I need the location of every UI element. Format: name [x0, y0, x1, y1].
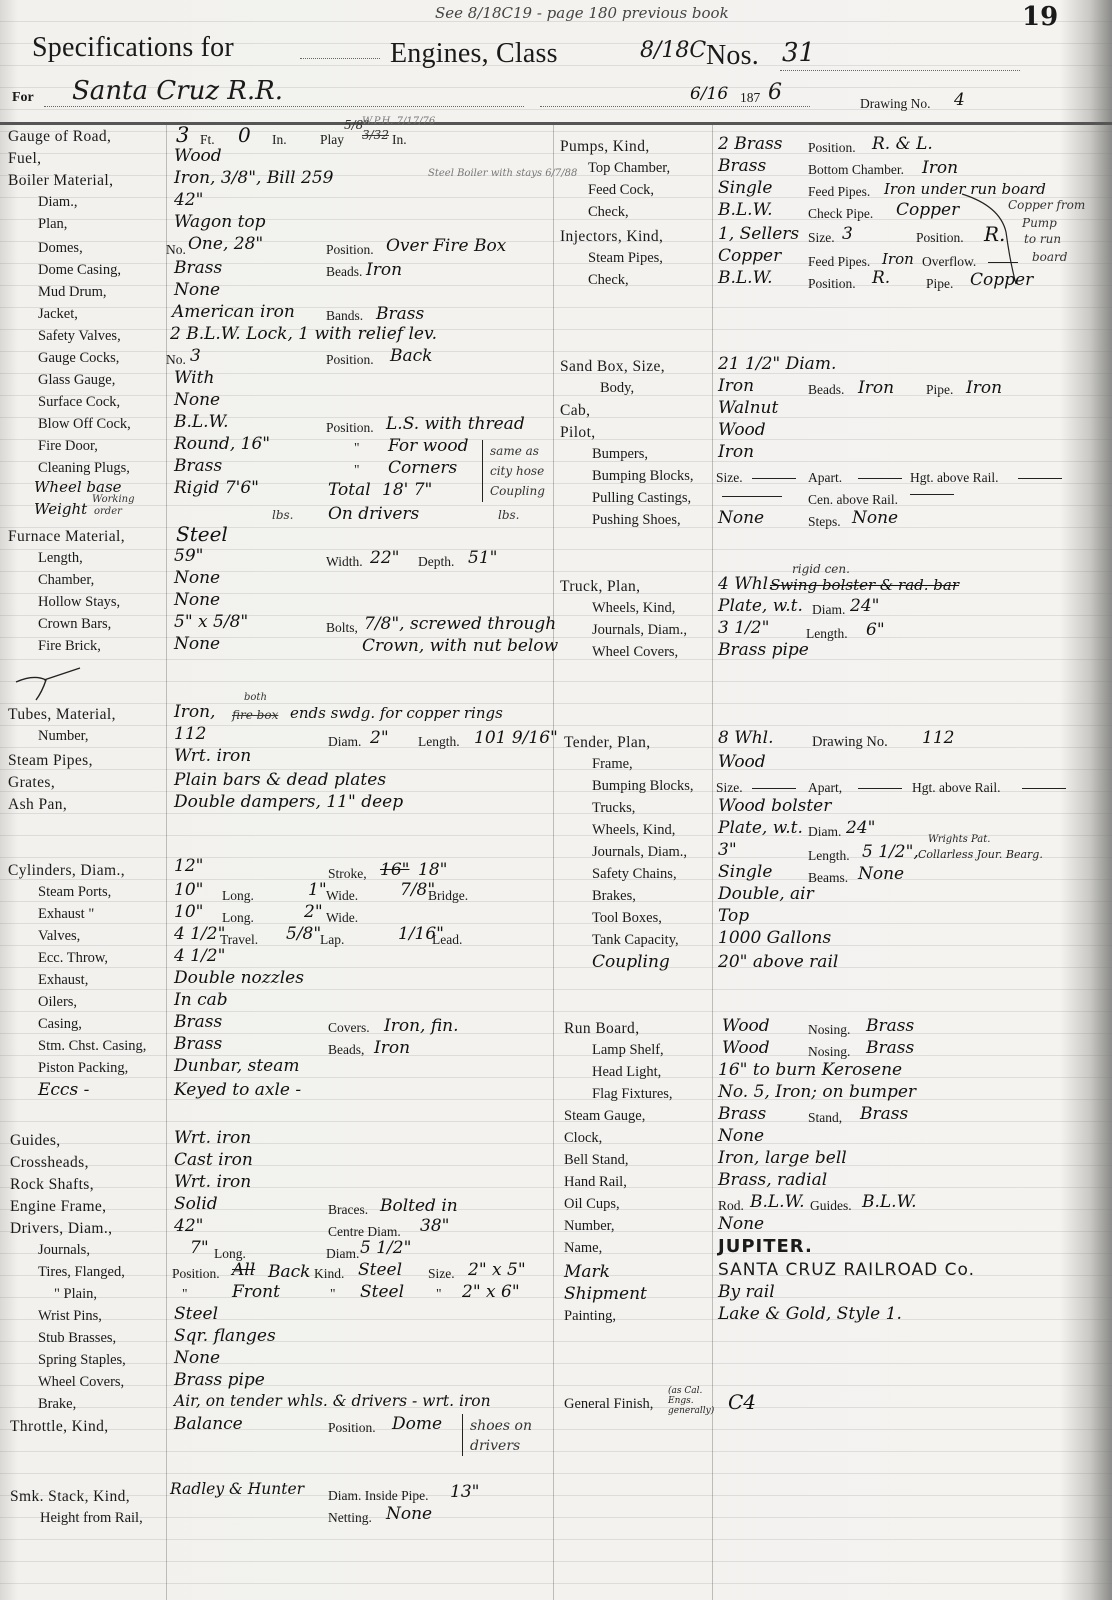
margin-note-line: board — [1032, 250, 1067, 264]
depth-label: Depth. — [418, 554, 454, 570]
value-furnace-material: Steel — [176, 522, 228, 546]
label-crossheads: Crossheads, — [10, 1154, 89, 1172]
value-pilot: Wood — [718, 420, 766, 440]
nosing-label: Nosing. — [808, 1044, 850, 1060]
value-general-finish: C4 — [728, 1390, 756, 1414]
value-trucks: Wood bolster — [718, 796, 831, 816]
gauge-in: 0 — [238, 123, 251, 147]
length-label: Length. — [806, 626, 848, 642]
fire-door-position-value: For wood — [388, 436, 469, 456]
value-truck-wheels: Plate, w.t. — [718, 596, 803, 616]
label-casing: Casing, — [38, 1016, 82, 1033]
value-brakes: Double, air — [718, 884, 814, 904]
play-label: Play — [320, 132, 344, 148]
drawing-label: Drawing No. — [860, 96, 931, 112]
value-rock-shafts: Wrt. iron — [174, 1172, 251, 1192]
value-clock: None — [718, 1126, 764, 1146]
pipe-label: Pipe. — [926, 382, 953, 398]
value-truck-journals: 3 1/2" — [718, 618, 769, 638]
rod-label: Rod. — [718, 1198, 744, 1214]
width-label: Width. — [326, 554, 363, 570]
label-tender-bumping-blocks: Bumping Blocks, — [592, 778, 694, 795]
on-drivers-lbs: lbs. — [498, 508, 520, 522]
value-oilers: In cab — [174, 990, 228, 1010]
tires-plain-size: 2" x 6" — [462, 1282, 520, 1302]
feed-pipes-label: Feed Pipes. — [808, 184, 870, 200]
value-shipment: By rail — [718, 1282, 775, 1302]
label-bumping-blocks: Bumping Blocks, — [592, 468, 694, 485]
label-fuel: Fuel, — [8, 150, 41, 168]
nos-value: 31 — [782, 38, 815, 68]
year-prefix: 187 — [740, 90, 760, 106]
label-surface-cock: Surface Cock, — [38, 394, 120, 411]
label-crown-bars: Crown Bars, — [38, 616, 111, 633]
on-drivers-label: On drivers — [328, 504, 419, 524]
bracket-note-line: Coupling — [490, 484, 545, 498]
lap-label: Lap. — [320, 932, 344, 948]
gauge-cocks-position-value: Back — [390, 346, 432, 366]
label-drivers: Drivers, Diam., — [10, 1220, 112, 1238]
label-shipment: Shipment — [564, 1284, 647, 1304]
label-lamp-shelf: Lamp Shelf, — [592, 1042, 664, 1059]
gauge-ft: 3 — [176, 123, 189, 147]
value-check-injector: B.L.W. — [718, 268, 773, 288]
blow-off-position-label: Position. — [326, 420, 374, 436]
length-label: Length. — [808, 848, 850, 864]
label-domes: Domes, — [38, 240, 83, 257]
label-brakes: Brakes, — [592, 888, 636, 905]
bracket-note-line: city hose — [490, 464, 544, 478]
ditto-mark: " — [330, 1286, 336, 1302]
value-spring-staples: None — [174, 1348, 220, 1368]
label-fire-brick: Fire Brick, — [38, 638, 101, 655]
label-number: Number, — [564, 1218, 615, 1235]
tubes-length-label: Length. — [418, 734, 460, 750]
blank-dash — [1022, 788, 1066, 789]
bolts-label: Bolts, — [326, 620, 358, 636]
label-safety-valves: Safety Valves, — [38, 328, 121, 345]
value-truck-plan: 4 Whl. — [718, 574, 773, 594]
for-label: For — [12, 90, 34, 106]
lead-label: Lead. — [432, 932, 462, 948]
class-value: 8/18C — [640, 38, 706, 63]
journal-note-line: Wrights Pat. — [928, 834, 990, 845]
label-weight: Weight — [34, 500, 87, 518]
ditto-mark: " — [354, 440, 360, 456]
label-cab: Cab, — [560, 402, 590, 420]
label-oilers: Oilers, — [38, 994, 77, 1011]
value-tender-wheels: Plate, w.t. — [718, 818, 803, 838]
stroke-struck: 16" — [380, 860, 409, 880]
value-mark: SANTA CRUZ RAILROAD Co. — [718, 1260, 975, 1280]
domes-no-label: No. — [166, 242, 186, 258]
value-injectors: 1, Sellers — [718, 224, 799, 244]
beads-value: Iron — [366, 260, 402, 280]
injector-feed-pipes-value: Iron — [882, 250, 914, 268]
check-pipe-label: Check Pipe. — [808, 206, 873, 222]
label-eccs: Eccs - — [38, 1080, 89, 1100]
tubes-inserted-text: both — [244, 692, 267, 703]
value-surface-cock: None — [174, 390, 220, 410]
label-throttle: Throttle, Kind, — [10, 1418, 109, 1436]
kind-label: Kind. — [314, 1266, 344, 1282]
weight-lbs: lbs. — [272, 508, 294, 522]
size-label: Size. — [716, 470, 743, 486]
label-truck-wheel-covers: Wheel Covers, — [592, 644, 678, 661]
size-label: Size. — [716, 780, 743, 796]
weight-sub: Working — [92, 494, 135, 505]
injectors-position: R. — [984, 222, 1005, 246]
width-value: 22" — [370, 548, 399, 568]
beads-label: Beads. — [808, 382, 844, 398]
tender-drawing-label: Drawing No. — [812, 734, 888, 751]
value-crown-bars: 5" x 5/8" — [174, 612, 248, 632]
value-cylinders: 12" — [174, 856, 203, 876]
label-hand-rail: Hand Rail, — [564, 1174, 627, 1191]
label-tool-boxes: Tool Boxes, — [592, 910, 662, 927]
value-stm-chst-casing: Brass — [174, 1034, 222, 1054]
label-trucks: Trucks, — [592, 800, 635, 817]
label-guides: Guides, — [10, 1132, 61, 1150]
blank-dash — [722, 496, 782, 497]
value-cab: Walnut — [718, 398, 778, 418]
value-name: JUPITER. — [718, 1236, 813, 1257]
blank-dash — [1018, 478, 1062, 479]
value-flag-fixtures: No. 5, Iron; on bumper — [718, 1082, 916, 1102]
label-truck-journals: Journals, Diam., — [592, 622, 687, 639]
value-steam-pipes: Wrt. iron — [174, 746, 251, 766]
gauge-cocks-position-label: Position. — [326, 352, 374, 368]
beads-label: Beads. — [326, 264, 362, 280]
value-mud-drum: None — [174, 280, 220, 300]
label-bell-stand: Bell Stand, — [564, 1152, 628, 1169]
boiler-note: Steel Boiler with stays 6/7/88 — [428, 168, 577, 179]
stand-value: Brass — [860, 1104, 908, 1124]
blow-off-position-value: L.S. with thread — [386, 414, 525, 434]
label-name: Name, — [564, 1240, 602, 1257]
value-smk-stack: Radley & Hunter — [170, 1480, 304, 1498]
label-steam-pipes-right: Steam Pipes, — [588, 250, 663, 267]
label-stub-brasses: Stub Brasses, — [38, 1330, 116, 1347]
value-pumps: 2 Brass — [718, 134, 782, 154]
value-pushing-shoes: None — [718, 508, 764, 528]
throttle-position-label: Position. — [328, 1420, 376, 1436]
tubes-material-value-rest: ends swdg. for copper rings — [290, 704, 503, 722]
value-check: B.L.W. — [718, 200, 773, 220]
gauge-cocks-no-label: No. — [166, 352, 186, 368]
for-value: Santa Cruz R.R. — [72, 76, 283, 106]
check-pipe-value: Copper — [970, 270, 1033, 290]
beads-value: Iron — [858, 378, 894, 398]
tender-journals-length: 5 1/2", — [862, 842, 919, 862]
label-ash-pan: Ash Pan, — [8, 796, 67, 814]
exhaust-ports-long: 10" — [174, 902, 203, 922]
value-grates: Plain bars & dead plates — [174, 770, 386, 790]
label-coupling: Coupling — [592, 952, 670, 972]
size-label: Size. — [808, 230, 835, 246]
label-dome-casing: Dome Casing, — [38, 262, 121, 279]
value-fuel: Wood — [174, 146, 222, 166]
value-hand-rail: Brass, radial — [718, 1170, 827, 1190]
wide-label: Wide. — [326, 888, 358, 904]
label-tires-flanged: Tires, Flanged, — [38, 1264, 125, 1281]
value-run-board: Wood — [722, 1016, 770, 1036]
bracket-mark — [482, 440, 483, 502]
label-truck-plan: Truck, Plan, — [560, 578, 640, 596]
label-mark: Mark — [564, 1262, 610, 1282]
title-engines: Engines, Class — [390, 38, 558, 70]
tires-plain-position: Front — [232, 1282, 280, 1302]
for-line — [44, 106, 524, 107]
in-label: In. — [272, 132, 287, 148]
bottom-chamber-label: Bottom Chamber. — [808, 162, 904, 178]
bands-label: Bands. — [326, 308, 363, 324]
journals-diam-value: 5 1/2" — [360, 1238, 411, 1258]
label-boiler-material: Boiler Material, — [8, 172, 113, 190]
label-exhaust: Exhaust, — [38, 972, 88, 989]
valves-lap: 5/8" — [286, 924, 321, 944]
tires-plain-kind: Steel — [360, 1282, 404, 1302]
domes-position-value: Over Fire Box — [386, 236, 506, 256]
value-domes: One, 28" — [188, 234, 263, 254]
label-exhaust-ports: Exhaust " — [38, 906, 94, 923]
tires-flanged-size: 2" x 5" — [468, 1260, 526, 1280]
bands-value: Brass — [376, 304, 424, 324]
label-tank-capacity: Tank Capacity, — [592, 932, 679, 949]
label-flag-fixtures: Flag Fixtures, — [592, 1086, 673, 1103]
label-tender-wheels: Wheels, Kind, — [592, 822, 675, 839]
title-prefix: Specifications for — [32, 32, 234, 64]
play-struck: 3/32 — [362, 128, 389, 142]
label-blow-off-cock: Blow Off Cock, — [38, 416, 131, 433]
truck-plan-inserted: rigid cen. — [792, 562, 850, 576]
label-jacket: Jacket, — [38, 306, 78, 323]
check-position-value: R. — [872, 268, 890, 288]
bracket-mark — [462, 1414, 463, 1456]
tubes-length-value: 101 9/16" — [474, 728, 558, 748]
steam-ports-wide: 1" — [308, 880, 327, 900]
label-mud-drum: Mud Drum, — [38, 284, 106, 301]
date-value: 6/16 — [690, 84, 728, 104]
pipe-label: Pipe. — [926, 276, 953, 292]
label-oil-cups: Oil Cups, — [564, 1196, 620, 1213]
value-eccs: Keyed to axle - — [174, 1080, 301, 1100]
label-gauge-cocks: Gauge Cocks, — [38, 350, 119, 367]
journal-note-line: Collarless Jour. Bearg. — [918, 848, 1043, 861]
label-pulling-castings: Pulling Castings, — [592, 490, 691, 507]
value-gauge-cocks: 3 — [190, 346, 201, 366]
label-tubes-material: Tubes, Material, — [8, 706, 116, 724]
blank-dash — [752, 788, 796, 789]
apart-label: Apart. — [808, 470, 842, 486]
tender-drawing-value: 112 — [922, 728, 954, 748]
year-suffix: 6 — [768, 80, 782, 105]
value-frame: Wood — [718, 752, 766, 772]
nosing-label: Nosing. — [808, 1022, 850, 1038]
beams-value: None — [858, 864, 904, 884]
bolts-value-line2: Crown, with nut below — [362, 636, 558, 656]
label-engine-frame: Engine Frame, — [10, 1198, 106, 1216]
top-note: See 8/18C19 - page 180 previous book — [435, 4, 729, 22]
value-length: 59" — [174, 546, 203, 566]
pen-mark-icon — [14, 664, 84, 704]
tires-flanged-position: Back — [268, 1262, 310, 1282]
bridge-label: Bridge. — [428, 888, 468, 904]
value-number: None — [718, 1214, 764, 1234]
label-height-from-rail: Height from Rail, — [40, 1510, 143, 1527]
value-wheel-base: Rigid 7'6" — [174, 478, 259, 498]
truck-journals-length: 6" — [866, 620, 885, 640]
label-ecc-throw: Ecc. Throw, — [38, 950, 108, 967]
value-piston-packing: Dunbar, steam — [174, 1056, 299, 1076]
label-check-injector: Check, — [588, 272, 629, 289]
label-safety-chains: Safety Chains, — [592, 866, 677, 883]
value-ecc-throw: 4 1/2" — [174, 946, 225, 966]
nosing-value: Brass — [866, 1038, 914, 1058]
label-pumps: Pumps, Kind, — [560, 138, 650, 156]
play-in-label: In. — [392, 132, 407, 148]
value-ash-pan: Double dampers, 11" deep — [174, 792, 403, 812]
cleaning-plugs-position-value: Corners — [388, 458, 457, 478]
steps-value: None — [852, 508, 898, 528]
rod-value: B.L.W. — [750, 1192, 805, 1212]
journals-long: 7" — [190, 1238, 209, 1258]
drawing-value: 4 — [954, 90, 965, 110]
diam-label: Diam. — [812, 602, 845, 618]
domes-position-label: Position. — [326, 242, 374, 258]
value-steam-pipes-right: Copper — [718, 246, 781, 266]
stroke-value: 18" — [418, 860, 447, 880]
netting-value: None — [386, 1504, 432, 1524]
general-finish-note: (as Cal. Engs. generally) — [668, 1386, 712, 1416]
label-smk-stack: Smk. Stack, Kind, — [10, 1488, 130, 1506]
position-label: Position. — [172, 1266, 220, 1282]
hgt-label: Hgt. above Rail. — [912, 780, 1000, 796]
bracket-note-line: same as — [490, 444, 539, 458]
blank-dash — [910, 494, 954, 495]
value-wheel-covers: Brass pipe — [174, 1370, 265, 1390]
value-tank-capacity: 1000 Gallons — [718, 928, 831, 948]
stroke-label: Stroke, — [328, 866, 367, 882]
label-feed-cock: Feed Cock, — [588, 182, 654, 199]
position-label: Position. — [916, 230, 964, 246]
throttle-note-line: drivers — [470, 1438, 520, 1454]
steps-label: Steps. — [808, 514, 841, 530]
value-tender-plan: 8 Whl. — [718, 728, 773, 748]
value-jacket: American iron — [172, 302, 295, 322]
long-label: Long. — [222, 888, 254, 904]
column-divider — [166, 124, 167, 1600]
beads-value: Iron — [374, 1038, 410, 1058]
wide-label: Wide. — [326, 910, 358, 926]
throttle-note-line: shoes on — [470, 1418, 532, 1434]
value-tool-boxes: Top — [718, 906, 749, 926]
netting-label: Netting. — [328, 1510, 372, 1526]
label-brake: Brake, — [38, 1396, 76, 1413]
diam-label: Diam. — [808, 824, 841, 840]
label-truck-wheels: Wheels, Kind, — [592, 600, 675, 617]
label-body: Body, — [600, 380, 634, 397]
value-tender-journals: 3" — [718, 840, 737, 860]
tubes-struck-text: fire box — [232, 708, 278, 722]
label-head-light: Head Light, — [592, 1064, 661, 1081]
column-divider — [553, 124, 554, 1600]
value-safety-valves: 2 B.L.W. Lock, 1 with relief lev. — [170, 324, 437, 344]
value-feed-cock: Single — [718, 178, 772, 198]
stand-label: Stand, — [808, 1110, 842, 1126]
label-piston-packing: Piston Packing, — [38, 1060, 128, 1077]
nos-line — [780, 70, 1020, 71]
value-bell-stand: Iron, large bell — [718, 1148, 847, 1168]
apart-label: Apart, — [808, 780, 842, 796]
braces-label: Braces. — [328, 1202, 368, 1218]
blank-dash — [858, 478, 902, 479]
label-tender-plan: Tender, Plan, — [564, 734, 651, 752]
size-label: Size. — [428, 1266, 455, 1282]
label-journals: Journals, — [38, 1242, 90, 1259]
feed-pipes-label: Feed Pipes. — [808, 254, 870, 270]
value-tubes-number: 112 — [174, 724, 206, 744]
covers-value: Iron, fin. — [384, 1016, 459, 1036]
label-painting: Painting, — [564, 1308, 616, 1325]
date-line — [540, 106, 810, 107]
value-chamber: None — [174, 568, 220, 588]
label-grates: Grates, — [8, 774, 55, 792]
value-glass-gauge: With — [174, 368, 214, 388]
label-length: Length, — [38, 550, 83, 567]
label-sand-box: Sand Box, Size, — [560, 358, 665, 376]
value-diam: 42" — [174, 190, 203, 210]
guides-value: B.L.W. — [862, 1192, 917, 1212]
hgt-label: Hgt. above Rail. — [910, 470, 998, 486]
valves-travel: 4 1/2" — [174, 924, 225, 944]
title-blank-line — [300, 58, 380, 59]
exhaust-ports-wide: 2" — [304, 902, 323, 922]
label-gauge-of-road: Gauge of Road, — [8, 128, 111, 146]
nosing-value: Brass — [866, 1016, 914, 1036]
label-steam-ports: Steam Ports, — [38, 884, 111, 901]
value-top-chamber: Brass — [718, 156, 766, 176]
total-label: Total — [328, 480, 371, 500]
ditto-mark: " — [354, 462, 360, 478]
value-engine-frame: Solid — [174, 1194, 218, 1214]
value-coupling: 20" above rail — [718, 952, 838, 972]
smk-diam-value: 13" — [450, 1482, 479, 1502]
value-stub-brasses: Sqr. flanges — [174, 1326, 276, 1346]
label-run-board: Run Board, — [564, 1020, 639, 1038]
label-stm-chst-casing: Stm. Chst. Casing, — [38, 1038, 146, 1055]
braces-value: Bolted in — [380, 1196, 458, 1216]
nos-label: Nos. — [706, 40, 759, 72]
value-lamp-shelf: Wood — [722, 1038, 770, 1058]
pumps-position: R. & L. — [872, 134, 933, 154]
label-cleaning-plugs: Cleaning Plugs, — [38, 460, 130, 477]
ditto-mark: " — [436, 1286, 442, 1302]
value-truck-wheel-covers: Brass pipe — [718, 640, 809, 660]
cen-label: Cen. above Rail. — [808, 492, 898, 508]
label-pushing-shoes: Pushing Shoes, — [592, 512, 681, 529]
value-hollow-stays: None — [174, 590, 220, 610]
value-guides: Wrt. iron — [174, 1128, 251, 1148]
label-top-chamber: Top Chamber, — [588, 160, 670, 177]
tires-struck: All — [232, 1260, 255, 1280]
pipe-value: Iron — [966, 378, 1002, 398]
label-clock: Clock, — [564, 1130, 602, 1147]
label-injectors: Injectors, Kind, — [560, 228, 663, 246]
label-diam: Diam., — [38, 194, 77, 211]
bottom-chamber-value: Iron — [922, 158, 958, 178]
covers-label: Covers. — [328, 1020, 370, 1036]
